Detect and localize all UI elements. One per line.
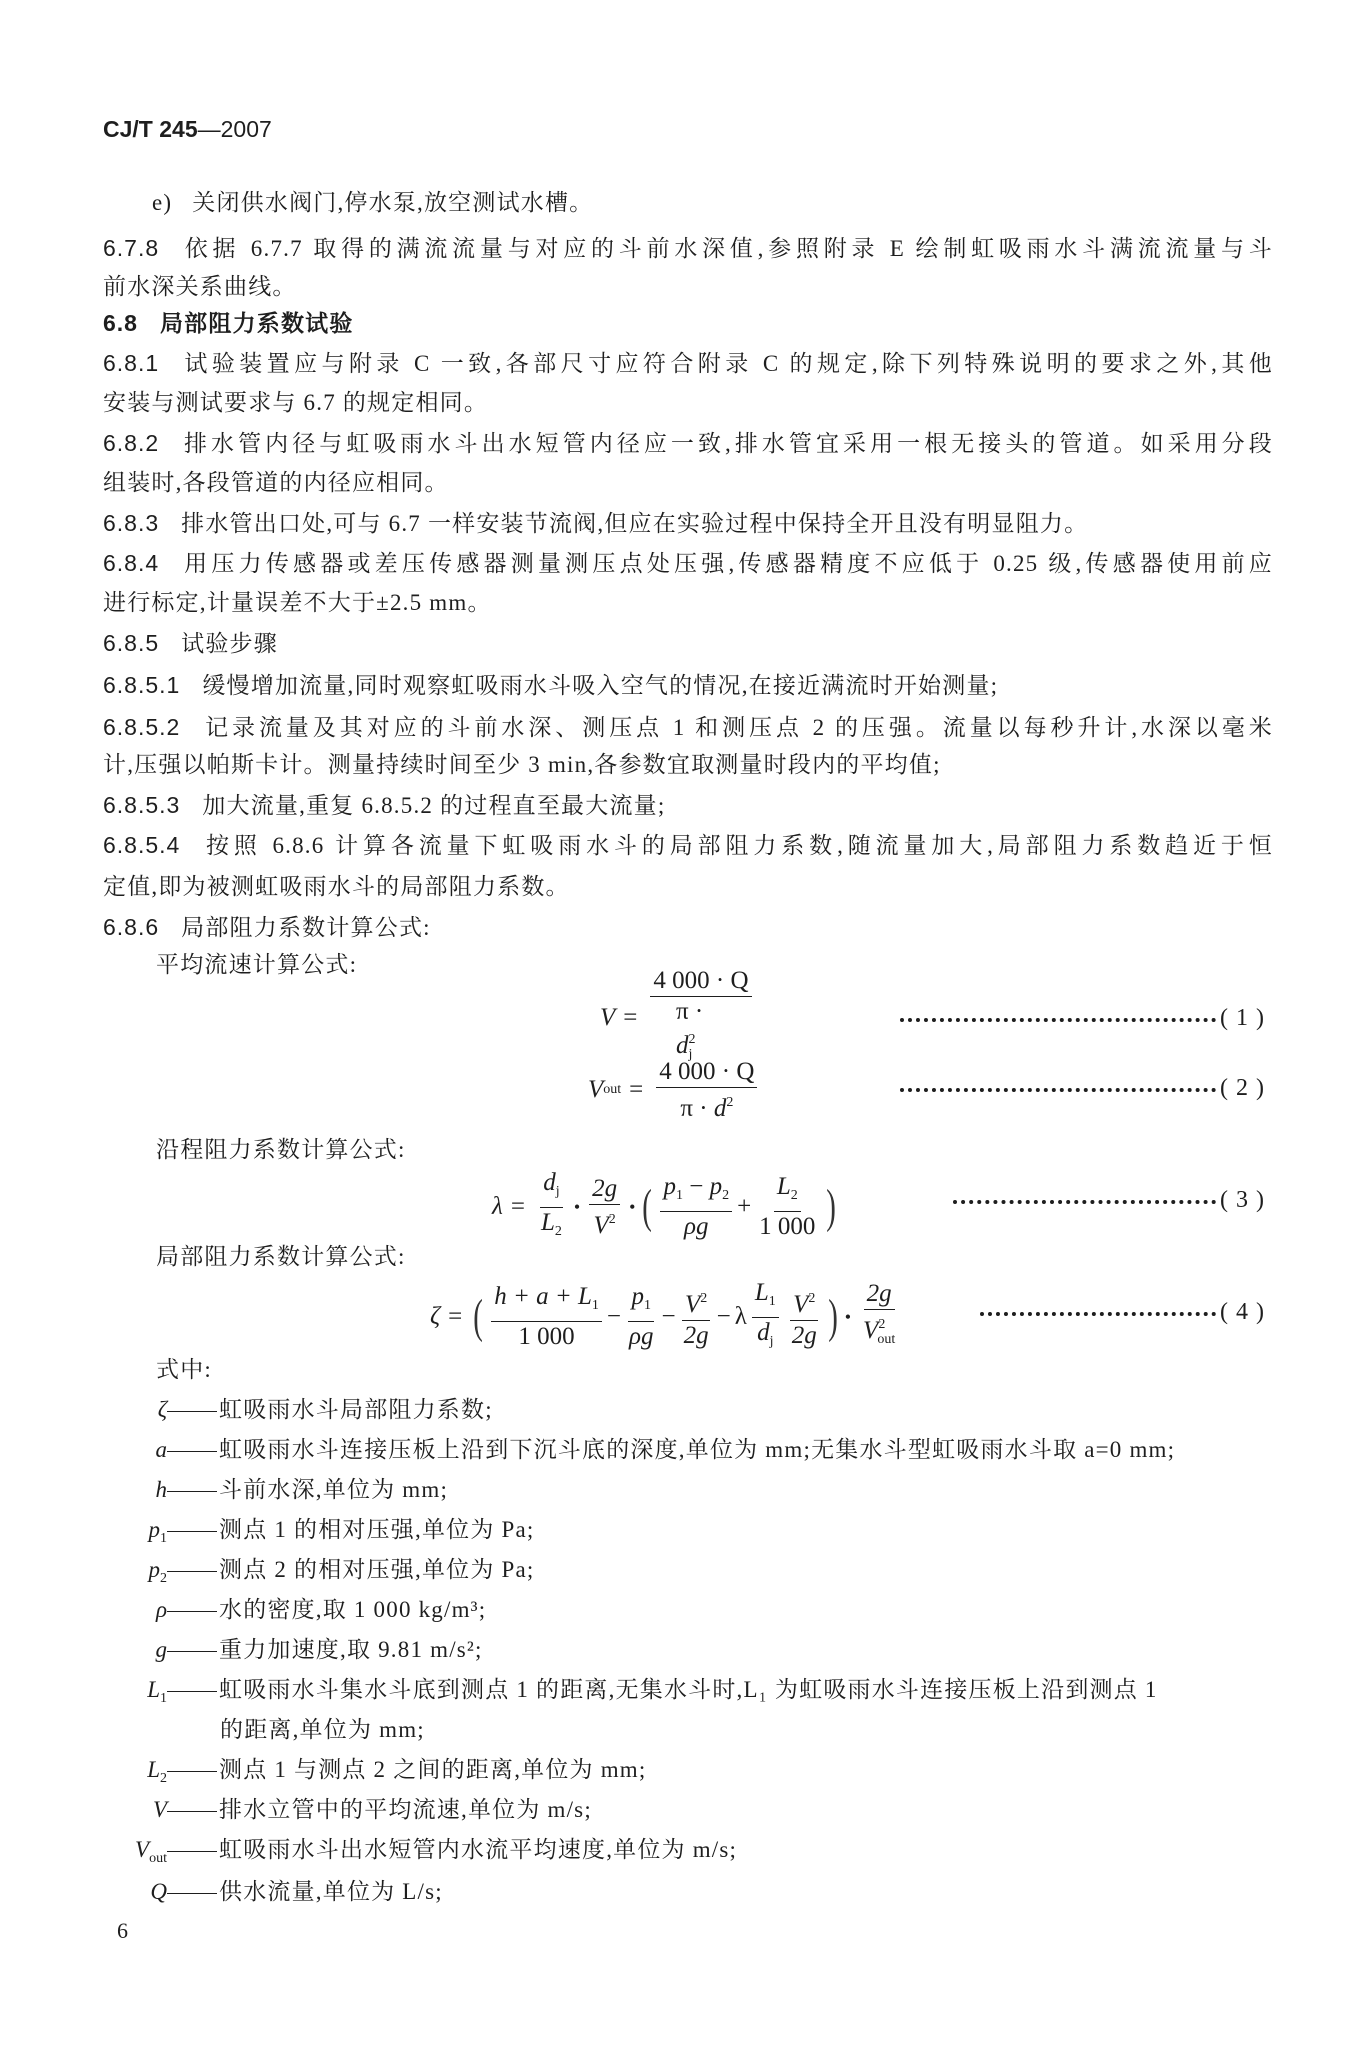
clause-6-8-5-4-line-1: 6.8.5.4按照 6.8.6 计算各流量下虹吸雨水斗的局部阻力系数,随流量加大…	[103, 830, 1273, 860]
clause-6-8-5-2-line-1: 6.8.5.2记录流量及其对应的斗前水深、测压点 1 和测压点 2 的压强。流量…	[103, 712, 1273, 742]
numerator: L	[755, 1279, 769, 1306]
clause-6-8-5-2-line-2: 计,压强以帕斯卡计。测量持续时间至少 3 min,各参数宜取测量时段内的平均值;	[103, 750, 1273, 780]
denominator: ρg	[629, 1323, 654, 1350]
subscript: out	[877, 1332, 895, 1347]
equation-number: (2)	[1220, 1073, 1272, 1103]
list-item-e: e)关闭供水阀门,停水泵,放空测试水槽。	[152, 188, 1272, 218]
definition-symbol: ζ	[100, 1395, 167, 1425]
numerator: 4 000 · Q	[653, 967, 748, 994]
clause-6-8-2-line-1: 6.8.2排水管内径与虹吸雨水斗出水短管内径应一致,排水管宜采用一根无接头的管道…	[103, 428, 1273, 458]
equation-leader-2: (2)	[900, 1073, 1272, 1103]
section-heading-6-8: 6.8局部阻力系数试验	[103, 308, 1273, 338]
label-friction-formula: 沿程阻力系数计算公式:	[156, 1135, 1272, 1165]
clause-text: 按照 6.8.6 计算各流量下虹吸雨水斗的局部阻力系数,随流量加大,局部阻力系数…	[202, 833, 1273, 858]
denominator-var: d	[714, 1095, 727, 1122]
definition-text: 虹吸雨水斗连接压板上沿到下沉斗底的深度,单位为 mm;无集水斗型虹吸雨水斗取 a…	[219, 1437, 1175, 1462]
multiply-dot: •	[574, 1197, 580, 1218]
em-dash	[167, 1651, 217, 1652]
clause-text: 记录流量及其对应的斗前水深、测压点 1 和测压点 2 的压强。流量以每秒升计,水…	[202, 715, 1273, 740]
em-dash	[167, 1691, 217, 1692]
formula-lhs: λ	[492, 1193, 503, 1221]
formula-3-friction-coefficient: λ = dj L2 • 2g V2 • ( p1 − p2 ρg + L2 1 …	[492, 1175, 839, 1239]
label-where: 式中:	[156, 1355, 1272, 1385]
symbol-base: p	[149, 1517, 161, 1542]
definition-text: 测点 2 的相对压强,单位为 Pa;	[219, 1557, 535, 1582]
clause-6-8-3: 6.8.3排水管出口处,可与 6.7 一样安装节流阀,但应在实验过程中保持全开且…	[103, 508, 1273, 538]
subscript: j	[770, 1334, 774, 1349]
clause-number: 6.8.5.4	[103, 832, 180, 858]
numerator: V	[685, 1291, 700, 1318]
subscript: 2	[160, 1571, 167, 1586]
formula-lhs: V	[588, 1076, 603, 1104]
formula-2-outlet-velocity: Vout = 4 000 · Q π · d2	[588, 1058, 762, 1122]
definition-text: 排水立管中的平均流速,单位为 m/s;	[219, 1797, 592, 1822]
definition-text: 供水流量,单位为 L/s;	[219, 1879, 443, 1904]
denominator: 1 000	[518, 1323, 574, 1350]
subscript: 2	[722, 1188, 729, 1203]
subscript: 1	[160, 1531, 167, 1546]
subscript: 1	[160, 1691, 167, 1706]
definition-symbol: h	[100, 1475, 167, 1505]
denominator: 2g	[792, 1322, 817, 1349]
definition-text: 虹吸雨水斗局部阻力系数;	[219, 1397, 493, 1422]
clause-6-8-1-line-2: 安装与测试要求与 6.7 的规定相同。	[103, 388, 1273, 418]
equation-number: (4)	[1220, 1297, 1272, 1327]
equals-sign: =	[629, 1076, 643, 1104]
equals-sign: =	[623, 1004, 637, 1032]
list-label: e)	[152, 190, 172, 215]
clause-number: 6.8.5.1	[103, 672, 180, 698]
em-dash	[167, 1491, 217, 1492]
list-text: 关闭供水阀门,停水泵,放空测试水槽。	[192, 190, 593, 215]
standard-code-header: CJ/T 245—2007	[103, 116, 272, 143]
plus-sign: +	[737, 1193, 751, 1221]
clause-6-8-4-line-2: 进行标定,计量误差不大于±2.5 mm。	[103, 588, 1273, 618]
numerator: h + a + L	[494, 1283, 592, 1310]
definition-text: 测点 1 的相对压强,单位为 Pa;	[219, 1517, 535, 1542]
clause-number: 6.8.4	[103, 550, 159, 576]
numerator: 4 000 · Q	[659, 1058, 754, 1085]
fraction: V2 2g	[681, 1285, 712, 1350]
denominator: ρg	[684, 1213, 709, 1240]
definition-symbol: g	[100, 1635, 167, 1665]
subscript: out	[603, 1082, 621, 1098]
equals-sign: =	[511, 1193, 525, 1221]
denominator: d	[757, 1319, 770, 1346]
symbol-base: L	[147, 1757, 160, 1782]
clause-text: 排水管内径与虹吸雨水斗出水短管内径应一致,排水管宜采用一根无接头的管道。如采用分…	[181, 431, 1273, 456]
clause-6-8-5: 6.8.5试验步骤	[103, 628, 1273, 658]
fraction: L2 1 000	[756, 1173, 818, 1241]
definition-Vout: Vout虹吸雨水斗出水短管内水流平均速度,单位为 m/s;	[100, 1835, 1275, 1865]
definition-a: a虹吸雨水斗连接压板上沿到下沉斗底的深度,单位为 mm;无集水斗型虹吸雨水斗取 …	[100, 1435, 1275, 1465]
definition-symbol: V	[100, 1795, 167, 1825]
em-dash	[167, 1531, 217, 1532]
numerator: V	[793, 1291, 808, 1318]
right-paren: )	[827, 1183, 837, 1231]
minus-sign: −	[717, 1303, 731, 1331]
section-title: 局部阻力系数试验	[160, 310, 354, 336]
definition-symbol: p1	[100, 1515, 167, 1554]
fraction: 4 000 · Q π · d2j	[650, 967, 751, 1069]
definition-V: V排水立管中的平均流速,单位为 m/s;	[100, 1795, 1275, 1825]
definition-symbol: Q	[100, 1877, 167, 1907]
denominator: 1 000	[759, 1213, 815, 1240]
left-paren: (	[643, 1183, 653, 1231]
definition-text: 虹吸雨水斗集水斗底到测点 1 的距离,无集水斗时,L₁ 为虹吸雨水斗连接压板上沿…	[219, 1677, 1158, 1702]
fraction: h + a + L1 1 000	[491, 1283, 602, 1351]
leader-dots	[953, 1200, 1216, 1204]
standard-code: CJ/T 245	[103, 116, 198, 142]
denominator-pi: π ·	[680, 1095, 713, 1122]
superscript: 2	[726, 1095, 733, 1110]
clause-number: 6.8.2	[103, 430, 159, 456]
symbol-base: V	[135, 1837, 149, 1862]
equation-leader-3: (3)	[953, 1185, 1272, 1215]
superscript: 2	[808, 1291, 815, 1306]
fraction: L1 dj	[752, 1279, 779, 1356]
clause-number: 6.8.3	[103, 510, 159, 536]
minus-sign: −	[683, 1173, 710, 1200]
leader-dots	[900, 1088, 1216, 1092]
definition-text: 斗前水深,单位为 mm;	[219, 1477, 448, 1502]
definition-text: 重力加速度,取 9.81 m/s²;	[219, 1637, 483, 1662]
clause-text: 加大流量,重复 6.8.5.2 的过程直至最大流量;	[202, 793, 665, 818]
clause-text: 试验步骤	[181, 631, 278, 656]
clause-6-8-1-line-1: 6.8.1试验装置应与附录 C 一致,各部尺寸应符合附录 C 的规定,除下列特殊…	[103, 348, 1273, 378]
denominator: 2g	[684, 1322, 709, 1349]
definition-text: 虹吸雨水斗出水短管内水流平均速度,单位为 m/s;	[219, 1837, 737, 1862]
definition-text: 测点 1 与测点 2 之间的距离,单位为 mm;	[219, 1757, 646, 1782]
definition-L1-continued: 的距离,单位为 mm;	[220, 1715, 425, 1745]
clause-6-7-8-line-2: 前水深关系曲线。	[103, 272, 1273, 302]
definition-h: h斗前水深,单位为 mm;	[100, 1475, 1275, 1505]
denominator-var: d	[676, 1032, 689, 1059]
equation-number: (1)	[1220, 1003, 1272, 1033]
definition-g: g重力加速度,取 9.81 m/s²;	[100, 1635, 1275, 1665]
definition-symbol: ρ	[100, 1595, 167, 1625]
superscript: 2	[689, 1032, 696, 1047]
definition-L2: L2测点 1 与测点 2 之间的距离,单位为 mm;	[100, 1755, 1275, 1785]
fraction: p1 ρg	[626, 1283, 657, 1351]
em-dash	[167, 1571, 217, 1572]
clause-number: 6.8.5.3	[103, 792, 180, 818]
definition-Q: Q供水流量,单位为 L/s;	[100, 1877, 1275, 1907]
standard-year: —2007	[198, 116, 272, 142]
fraction: 2g V2out	[860, 1280, 898, 1354]
page-number: 6	[117, 1918, 128, 1944]
numerator: 2g	[592, 1175, 617, 1202]
equation-leader-4: (4)	[980, 1297, 1272, 1327]
clause-6-8-2-line-2: 组装时,各段管道的内径应相同。	[103, 468, 1273, 498]
leader-dots	[900, 1018, 1216, 1022]
denominator: L	[541, 1209, 555, 1236]
subscript: 1	[644, 1298, 651, 1313]
definition-rho: ρ水的密度,取 1 000 kg/m³;	[100, 1595, 1275, 1625]
clause-text: 依据 6.7.7 取得的满流流量与对应的斗前水深值,参照附录 E 绘制虹吸雨水斗…	[181, 236, 1273, 261]
left-paren: (	[473, 1293, 483, 1341]
subscript: 2	[160, 1771, 167, 1786]
definition-symbol: p2	[100, 1555, 167, 1594]
subscript: out	[149, 1851, 167, 1866]
numerator: 2g	[867, 1280, 892, 1307]
section-number: 6.8	[103, 310, 138, 336]
definition-p1: p1测点 1 的相对压强,单位为 Pa;	[100, 1515, 1275, 1545]
numerator-p2: p	[710, 1173, 723, 1200]
denominator-pi: π ·	[676, 998, 703, 1025]
formula-4-local-resistance-coefficient: ζ = ( h + a + L1 1 000 − p1 ρg − V2 2g −…	[430, 1285, 903, 1349]
multiply-dot: •	[845, 1307, 851, 1328]
denominator: V	[594, 1212, 609, 1239]
clause-number: 6.8.5.2	[103, 714, 180, 740]
minus-sign: −	[607, 1303, 621, 1331]
multiply-dot: •	[629, 1197, 635, 1218]
equation-number: (3)	[1220, 1185, 1272, 1215]
superscript: 2	[878, 1317, 885, 1332]
clause-6-8-6: 6.8.6局部阻力系数计算公式:	[103, 912, 1273, 942]
subscript: 1	[592, 1298, 599, 1313]
definition-symbol: Vout	[100, 1835, 167, 1874]
subscript: j	[556, 1184, 560, 1199]
minus-sign: −	[661, 1303, 675, 1331]
em-dash	[167, 1451, 217, 1452]
lambda-symbol: λ	[735, 1303, 747, 1331]
em-dash	[167, 1611, 217, 1612]
clause-number: 6.7.8	[103, 235, 159, 261]
fraction: dj L2	[538, 1169, 565, 1246]
clause-text: 用压力传感器或差压传感器测量测压点处压强,传感器精度不应低于 0.25 级,传感…	[181, 551, 1273, 576]
definition-p2: p2测点 2 的相对压强,单位为 Pa;	[100, 1555, 1275, 1585]
formula-1-mean-velocity: V = 4 000 · Q π · d2j	[600, 986, 757, 1050]
clause-6-7-8-line-1: 6.7.8依据 6.7.7 取得的满流流量与对应的斗前水深值,参照附录 E 绘制…	[103, 233, 1273, 263]
numerator: L	[777, 1173, 791, 1200]
subscript: 2	[555, 1224, 562, 1239]
definition-zeta: ζ虹吸雨水斗局部阻力系数;	[100, 1395, 1275, 1425]
subscript: 1	[676, 1188, 683, 1203]
definition-symbol: L1	[100, 1675, 167, 1714]
fraction: p1 − p2 ρg	[660, 1173, 732, 1241]
clause-text: 试验装置应与附录 C 一致,各部尺寸应符合附录 C 的规定,除下列特殊说明的要求…	[181, 351, 1273, 376]
clause-6-8-5-1: 6.8.5.1缓慢增加流量,同时观察虹吸雨水斗吸入空气的情况,在接近满流时开始测…	[103, 670, 1273, 700]
fraction: 2g V2	[589, 1175, 620, 1240]
subscript: 2	[791, 1188, 798, 1203]
equation-leader-1: (1)	[900, 1003, 1272, 1033]
formula-lhs: V	[600, 1004, 615, 1032]
definition-symbol: L2	[100, 1755, 167, 1794]
leader-dots	[980, 1312, 1216, 1316]
definition-text: 水的密度,取 1 000 kg/m³;	[219, 1597, 486, 1622]
clause-number: 6.8.6	[103, 914, 159, 940]
subscript: 1	[769, 1294, 776, 1309]
clause-number: 6.8.5	[103, 630, 159, 656]
numerator: p	[631, 1283, 644, 1310]
em-dash	[167, 1811, 217, 1812]
fraction: 4 000 · Q π · d2	[656, 1058, 757, 1123]
superscript: 2	[609, 1212, 616, 1227]
definition-symbol: a	[100, 1435, 167, 1465]
numerator-p1: p	[663, 1173, 676, 1200]
label-local-resistance-formula: 局部阻力系数计算公式:	[156, 1242, 1272, 1272]
clause-text: 排水管出口处,可与 6.7 一样安装节流阀,但应在实验过程中保持全开且没有明显阻…	[181, 511, 1088, 536]
clause-text: 局部阻力系数计算公式:	[181, 915, 431, 940]
clause-6-8-5-4-line-2: 定值,即为被测虹吸雨水斗的局部阻力系数。	[103, 872, 1273, 902]
formula-lhs: ζ	[430, 1303, 440, 1331]
em-dash	[167, 1893, 217, 1894]
clause-number: 6.8.1	[103, 350, 159, 376]
em-dash	[167, 1411, 217, 1412]
clause-text: 缓慢增加流量,同时观察虹吸雨水斗吸入空气的情况,在接近满流时开始测量;	[202, 673, 998, 698]
clause-6-8-4-line-1: 6.8.4用压力传感器或差压传感器测量测压点处压强,传感器精度不应低于 0.25…	[103, 548, 1273, 578]
em-dash	[167, 1851, 217, 1852]
em-dash	[167, 1771, 217, 1772]
fraction: V2 2g	[789, 1285, 820, 1350]
symbol-base: p	[149, 1557, 161, 1582]
symbol-base: L	[147, 1677, 160, 1702]
superscript: 2	[700, 1291, 707, 1306]
numerator: d	[543, 1169, 556, 1196]
definition-L1: L1虹吸雨水斗集水斗底到测点 1 的距离,无集水斗时,L₁ 为虹吸雨水斗连接压板…	[100, 1675, 1275, 1705]
equals-sign: =	[448, 1303, 462, 1331]
clause-6-8-5-3: 6.8.5.3加大流量,重复 6.8.5.2 的过程直至最大流量;	[103, 790, 1273, 820]
right-paren: )	[828, 1293, 838, 1341]
